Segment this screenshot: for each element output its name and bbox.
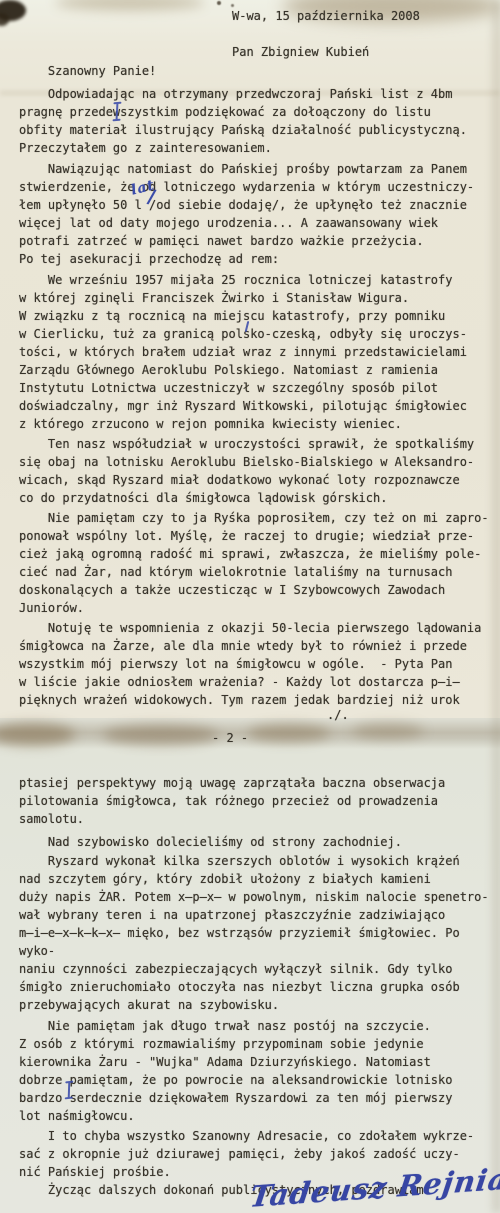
date-line: W-wa, 15 października 2008: [232, 7, 420, 25]
recipient-line: Pan Zbigniew Kubień: [232, 43, 369, 61]
paragraph: Ryszard wykonał kilka szerszych oblotów …: [19, 852, 495, 1014]
page-number: - 2 -: [212, 729, 248, 747]
paragraph: We wrześniu 1957 mijała 25 rocznica lotn…: [19, 271, 495, 433]
salutation: Szanowny Panie!: [19, 62, 495, 80]
paragraph: Ten nasz współudział w uroczystości spra…: [19, 435, 495, 507]
paragraph: Nie pamiętam czy to ja Ryśka poprosiłem,…: [19, 509, 495, 617]
paragraph: Nie pamiętam jak długo trwał nasz postój…: [19, 1017, 495, 1125]
paragraph: Notuję te wspomnienia z okazji 50-lecia …: [19, 619, 495, 709]
paragraph: Nawiązując natomiast do Pańskiej prośby …: [19, 160, 495, 268]
page1-body: Szanowny Panie! Odpowiadając na otrzyman…: [19, 62, 495, 709]
continuation-mark: ./.: [327, 706, 349, 724]
paragraph: Odpowiadając na otrzymany przedwczoraj P…: [19, 85, 495, 157]
scanned-letter: W-wa, 15 października 2008 Pan Zbigniew …: [0, 0, 500, 1213]
paragraph: Nad szybowisko dolecieliśmy od strony za…: [19, 833, 495, 851]
page2-body: ptasiej perspektywy moją uwagę zaprzątał…: [19, 774, 495, 1199]
paragraph: ptasiej perspektywy moją uwagę zaprzątał…: [19, 774, 495, 828]
